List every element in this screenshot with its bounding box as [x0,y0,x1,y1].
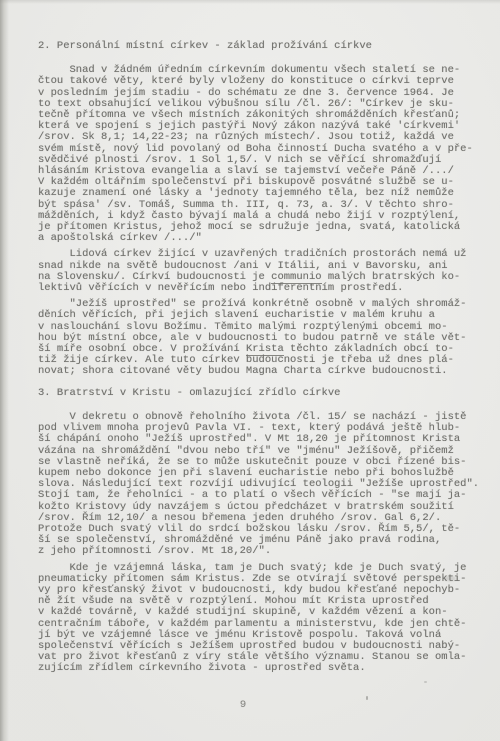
text-line: a apoštolská církev /.../" [38,233,492,244]
text-line: /srov. Sk 8,1; 14,22-23; na různých míst… [38,132,492,143]
section-heading: 2. Personální místní církev - základ pro… [38,41,492,52]
text-line: děních věřících, při jejich slavení euch… [38,310,492,321]
text-line: ší chápání onoho "Ježíš uprostřed". V Mt… [38,434,492,445]
paragraph: V dekretu o obnově řeholního života /čl.… [38,412,492,558]
text-line: lektivů věřících v nevěřícím nebo indife… [38,283,492,294]
scanned-page: 2. Personální místní církev - základ pro… [0,0,500,741]
document-content: 2. Personální místní církev - základ pro… [38,41,492,680]
text-line: Lidová církev žijící v uzavřených tradič… [38,249,492,260]
text-line: novat; shora citované věty budou Magna C… [38,366,492,377]
text-line: z jeho přítomnosti /srov. Mt 18,20/". [38,546,492,557]
text-line: zujícím zřídlem církevního života - upro… [38,663,492,674]
paragraph: "Ježíš uprostřed" se prožívá konkrétně o… [38,299,492,377]
text-line: v každé továrně, v každé studijní skupin… [38,607,492,618]
scan-speckle [424,681,427,683]
paragraph: Lidová církev žijící v uzavřených tradič… [38,249,492,294]
section-heading: 3. Bratrství v Kristu - omlazující zřídl… [38,388,492,399]
scan-edge-shadow [0,0,9,741]
paragraph: Snad v žádném úředním církevním dokument… [38,65,492,244]
scan-top-shadow [0,0,500,4]
paragraph: Kde je vzájemná láska, tam je Duch svatý… [38,563,492,675]
text-line: kazuje znamení oné lásky a 'jednoty taje… [38,188,492,199]
text-line: čtou takové věty, které byly vloženy do … [38,76,492,87]
page-number: 9 [0,699,486,711]
text-line: Stojí tam, že řeholníci - a to platí o v… [38,490,492,501]
document-section: 2. Personální místní církev - základ pro… [38,41,492,378]
document-section: 3. Bratrství v Kristu - omlazující zřídl… [38,388,492,675]
scan-smudge [444,576,456,581]
